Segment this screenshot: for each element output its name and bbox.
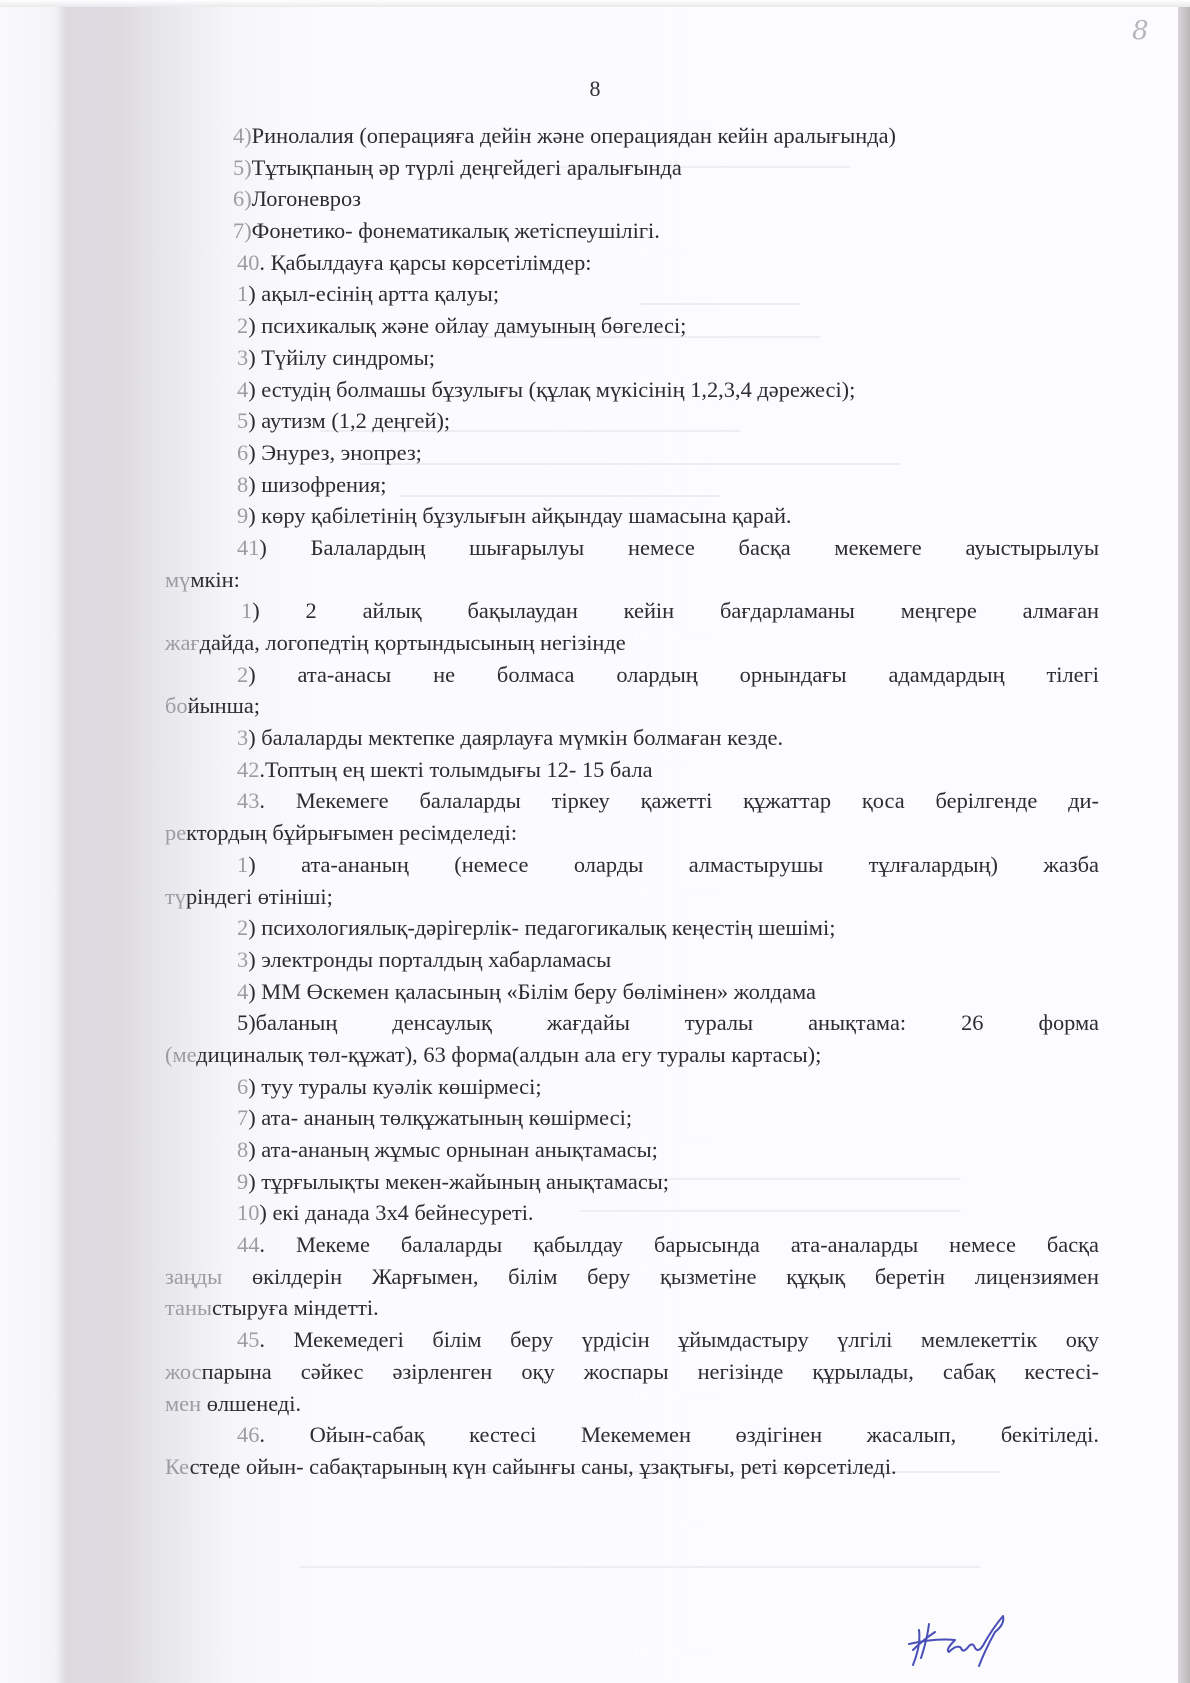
list-item: 7)Фонетико- фонематикалық жетіспеушілігі…: [165, 215, 1099, 247]
section-heading-40: 40. Қабылдауға қарсы көрсетілімдер:: [165, 247, 1099, 279]
list-item: 3) электронды порталдың хабарламасы: [165, 944, 1099, 976]
signature-icon: [905, 1610, 1015, 1670]
list-item: 7) ата- ананың төлқұжатының көшірмесі;: [165, 1102, 1099, 1134]
list-item: 2) психикалық және ойлау дамуының бөгеле…: [165, 310, 1099, 342]
list-item: 4) ММ Өскемен қаласының «Білім беру бөлі…: [165, 976, 1099, 1008]
list-item: 6) туу туралы куәлік көшірмесі;: [165, 1071, 1099, 1103]
paragraph-continuation: мүмкін:: [165, 564, 1099, 596]
section-heading-44: 44. Мекеме балаларды қабылдау барысында …: [165, 1229, 1099, 1261]
list-item: 1) 2 айлық бақылаудан кейін бағдарламаны…: [165, 595, 1099, 627]
list-item: 2) психологиялық-дәрігерлік- педагогикал…: [165, 912, 1099, 944]
list-item: 1) ақыл-есінің артта қалуы;: [165, 278, 1099, 310]
section-heading-42: 42.Топтың ең шекті толымдығы 12- 15 бала: [165, 754, 1099, 786]
list-item: 3) Түйілу синдромы;: [165, 342, 1099, 374]
paragraph-continuation: (медициналық төл-құжат), 63 форма(алдын …: [165, 1039, 1099, 1071]
list-item: 5)баланың денсаулық жағдайы туралы анықт…: [165, 1007, 1099, 1039]
paragraph-continuation: мен өлшенеді.: [165, 1388, 1099, 1420]
section-heading-46: 46. Ойын-сабақ кестесі Мекемемен өздігін…: [165, 1419, 1099, 1451]
document-body: 4)Ринолалия (операцияға дейін және опера…: [165, 120, 1099, 1483]
section-heading-41: 41) Балалардың шығарылуы немесе басқа ме…: [165, 532, 1099, 564]
section-heading-45: 45. Мекемедегі білім беру үрдісін ұйымда…: [165, 1324, 1099, 1356]
section-heading-43: 43. Мекемеге балаларды тіркеу қажетті құ…: [165, 785, 1099, 817]
list-item: 10) екі данада 3х4 бейнесуреті.: [165, 1197, 1099, 1229]
list-item: 9) көру қабілетінің бұзулығын айқындау ш…: [165, 500, 1099, 532]
list-item: 4) естудің болмашы бұзулығы (құлақ мүкіс…: [165, 374, 1099, 406]
paragraph-continuation: түріндегі өтініші;: [165, 881, 1099, 913]
list-item: 6) Энурез, энопрез;: [165, 437, 1099, 469]
list-item: 2) ата-анасы не болмаса олардың орнындағ…: [165, 659, 1099, 691]
paragraph-continuation: Кестеде ойын- сабақтарының күн сайынғы с…: [165, 1451, 1099, 1483]
list-item: 1) ата-ананың (немесе оларды алмастырушы…: [165, 849, 1099, 881]
list-item: 8) шизофрения;: [165, 469, 1099, 501]
scan-right-edge: [1178, 7, 1190, 1683]
list-item: 8) ата-ананың жұмыс орнынан анықтамасы;: [165, 1134, 1099, 1166]
list-item: 5)Тұтықпаның әр түрлі деңгейдегі аралығы…: [165, 152, 1099, 184]
paragraph-continuation: жоспарына сәйкес әзірленген оқу жоспары …: [165, 1356, 1099, 1388]
list-item: 3) балаларды мектепке даярлауға мүмкін б…: [165, 722, 1099, 754]
list-item: 9) тұрғылықты мекен-жайының анықтамасы;: [165, 1166, 1099, 1198]
paragraph-continuation: таныстыруға міндетті.: [165, 1292, 1099, 1324]
paragraph-continuation: ректордың бұйрығымен ресімделеді:: [165, 817, 1099, 849]
list-item: 5) аутизм (1,2 деңгей);: [165, 405, 1099, 437]
handwritten-page-number: 8: [1132, 16, 1149, 46]
paragraph-continuation: жағдайда, логопедтің қортындысының негіз…: [165, 627, 1099, 659]
paragraph-continuation: бойынша;: [165, 690, 1099, 722]
list-item: 4)Ринолалия (операцияға дейін және опера…: [165, 120, 1099, 152]
list-item: 6)Логоневроз: [165, 183, 1099, 215]
page-number: 8: [0, 76, 1190, 102]
paragraph-continuation: заңды өкілдерін Жарғымен, білім беру қыз…: [165, 1261, 1099, 1293]
